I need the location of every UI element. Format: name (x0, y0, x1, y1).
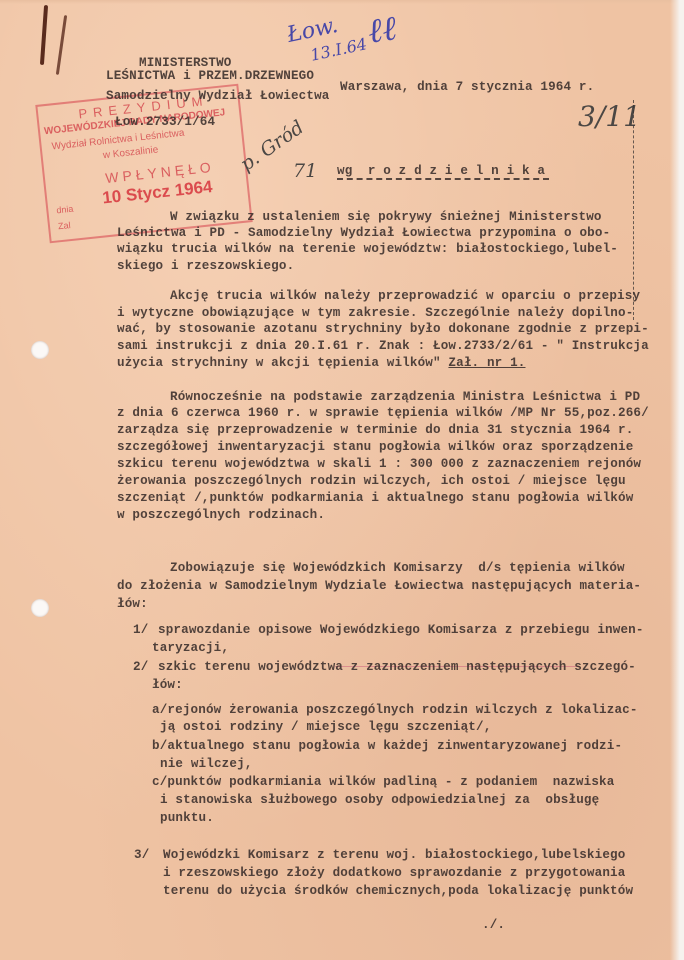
item-number: 2/ (133, 660, 148, 674)
para1-line: W związku z ustaleniem się pokrywy śnież… (170, 210, 602, 224)
stamp-line4: w Koszalinie (102, 144, 158, 161)
item-line: Wojewódzki Komisarz z terenu woj. białos… (163, 848, 625, 862)
para1-line: wiązku trucia wilków na terenie wojewódz… (117, 242, 618, 256)
subitem-line: nie wilczej, (160, 757, 253, 771)
handwritten-signature: ℓℓ (365, 8, 399, 52)
item-number: 3/ (134, 848, 149, 862)
subitem-line: a/rejonów żerowania poszczególnych rodzi… (152, 703, 638, 717)
para4-line: do złożenia w Samodzielnym Wydziale Łowi… (117, 579, 641, 593)
item-line: łów: (152, 678, 183, 692)
punch-hole (31, 599, 49, 617)
punch-hole (31, 341, 49, 359)
subitem-line: b/aktualnego stanu pogłowia w każdej zin… (152, 739, 622, 753)
paper-right-edge (670, 0, 684, 960)
item-line: i rzeszowskiego złoży dodatkowo sprawozd… (163, 866, 625, 880)
attachment-reference: Zał. nr 1. (448, 356, 525, 370)
stamp-number-label: Zal (58, 220, 71, 231)
stamp-date-label: dnia (56, 204, 74, 216)
handwritten-initials: 71 (293, 160, 317, 182)
para2-line-last: użycia strychniny w akcji tępienia wilkó… (117, 356, 526, 370)
para4-line: łów: (117, 597, 148, 611)
para3-line: szczeniąt /,punktów podkarmiania i aktua… (117, 491, 633, 505)
pencil-margin-line (633, 100, 634, 320)
item-line: szkic terenu województwa z zaznaczeniem … (158, 660, 636, 674)
item-line: sprawozdanie opisowe Wojewódzkiego Komis… (158, 623, 644, 637)
distribution-underline (337, 178, 549, 180)
para3-line: w poszczególnych rodzinach. (117, 508, 325, 522)
ministry-line1: MINISTERSTWO (139, 56, 232, 70)
para3-line: szkicu terenu województwa w skali 1 : 30… (117, 457, 641, 471)
para2-text: użycia strychniny w akcji tępienia wilkó… (117, 356, 448, 370)
para3-line: zarządza się przeprowadzenie w terminie … (117, 423, 633, 437)
department-name: Samodzielny Wydział Łowiectwa (106, 89, 330, 103)
item-line: taryzacji, (152, 641, 229, 655)
distribution-note: wg r o z d z i e l n i k a (337, 164, 545, 178)
place-and-date: Warszawa, dnia 7 stycznia 1964 r. (340, 80, 594, 94)
subitem-line: punktu. (160, 811, 214, 825)
page-number-handwritten: 3/11 (578, 100, 641, 133)
continuation-mark: ./. (482, 918, 505, 932)
para2-line: wać, by stosowanie azotanu strychniny by… (117, 322, 649, 336)
para3-line: z dnia 6 czerwca 1960 r. w sprawie tępie… (117, 406, 649, 420)
para2-line: sami instrukcji z dnia 20.I.61 r. Znak :… (117, 339, 649, 353)
paper-top-edge (0, 0, 684, 4)
para1-line: skiego i rzeszowskiego. (117, 259, 294, 273)
subitem-line: c/punktów podkarmiania wilków padliną - … (152, 775, 614, 789)
reference-number: Łow.2733/1/64 (115, 115, 215, 129)
para1-line: Leśnictwa i PD - Samodzielny Wydział Łow… (117, 226, 610, 240)
subitem-line: ją ostoi rodziny / miejsce lęgu szczenią… (160, 720, 491, 734)
para3-line: Równocześnie na podstawie zarządzenia Mi… (170, 390, 640, 404)
item-line: terenu do użycia środków chemicznych,pod… (163, 884, 633, 898)
para3-line: żerowania poszczególnych rodzin wilczych… (117, 474, 626, 488)
para2-line: Akcję trucia wilków należy przeprowadzić… (170, 289, 640, 303)
para3-line: szczegółowej inwentaryzacji stanu pogłow… (117, 440, 633, 454)
para2-line: i wytyczne obowiązujące w tym zakresie. … (117, 306, 633, 320)
ministry-line2: LEŚNICTWA i PRZEM.DRZEWNEGO (106, 69, 314, 83)
item-number: 1/ (133, 623, 148, 637)
para4-line: Zobowiązuje się Wojewódzkich Komisarzy d… (170, 561, 625, 575)
subitem-line: i stanowiska służbowego osoby odpowiedzi… (160, 793, 599, 807)
